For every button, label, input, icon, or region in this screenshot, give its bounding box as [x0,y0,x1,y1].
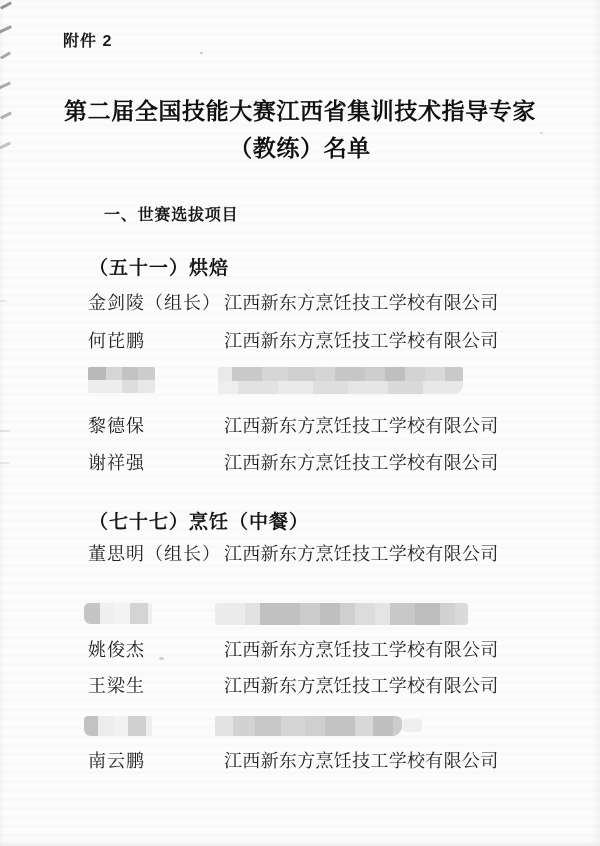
redacted-name-block [88,367,155,393]
scan-artifact [0,462,10,464]
scan-artifact [0,430,10,432]
expert-org: 江西新东方烹饪技工学校有限公司 [224,416,499,436]
document-title-line-1: 第二届全国技能大赛江西省集训技术指导专家 [0,98,600,126]
expert-org: 江西新东方烹饪技工学校有限公司 [224,293,499,313]
expert-name: 王梁生 [88,676,145,696]
expert-row: 姚俊杰 江西新东方烹饪技工学校有限公司 [0,640,600,662]
subsection-heading-cooking: （七十七）烹饪（中餐） [89,507,309,534]
expert-name: 金剑陵（组长） [88,293,221,313]
expert-row: 何芘鹏 江西新东方烹饪技工学校有限公司 [0,331,600,353]
expert-row: 黎德保 江西新东方烹饪技工学校有限公司 [0,416,600,438]
redacted-name-block [84,603,152,624]
redacted-org-block-tail [402,719,422,732]
scan-artifact [0,1,12,9]
section-heading: 一、世赛选拔项目 [104,202,238,225]
redacted-org-block [218,367,463,394]
document-title-line-2: （教练）名单 [0,135,600,163]
scan-speck [540,132,543,134]
expert-name: 谢祥强 [88,453,145,473]
expert-org: 江西新东方烹饪技工学校有限公司 [224,640,499,660]
subsection-heading-baking: （五十一）烘焙 [89,253,229,280]
expert-org: 江西新东方烹饪技工学校有限公司 [224,676,499,696]
expert-row: 王梁生 江西新东方烹饪技工学校有限公司 [0,676,600,698]
attachment-label: 附件 2 [63,28,112,51]
expert-name: 黎德保 [88,416,145,436]
expert-row: 谢祥强 江西新东方烹饪技工学校有限公司 [0,453,600,475]
scan-artifact [0,51,11,59]
redacted-name-block [84,716,152,736]
expert-row: 南云鹏 江西新东方烹饪技工学校有限公司 [0,751,600,773]
expert-org: 江西新东方烹饪技工学校有限公司 [224,331,499,351]
scan-speck [200,52,203,54]
scan-artifact [0,300,7,302]
expert-name: 南云鹏 [88,751,145,771]
expert-org: 江西新东方烹饪技工学校有限公司 [224,751,499,771]
scan-artifact [0,81,11,89]
expert-name: 董思明（组长） [88,544,221,564]
scan-artifact [0,25,12,34]
scan-speck [159,657,164,660]
expert-name: 何芘鹏 [88,331,145,351]
redacted-org-block [215,603,468,625]
expert-row: 董思明（组长） 江西新东方烹饪技工学校有限公司 [0,544,600,566]
expert-name: 姚俊杰 [88,640,145,660]
expert-row: 金剑陵（组长） 江西新东方烹饪技工学校有限公司 [0,293,600,315]
expert-org: 江西新东方烹饪技工学校有限公司 [224,453,499,473]
expert-org: 江西新东方烹饪技工学校有限公司 [224,544,499,564]
scanned-document-page: 附件 2 第二届全国技能大赛江西省集训技术指导专家 （教练）名单 一、世赛选拔项… [0,0,600,846]
redacted-org-block [215,716,402,736]
